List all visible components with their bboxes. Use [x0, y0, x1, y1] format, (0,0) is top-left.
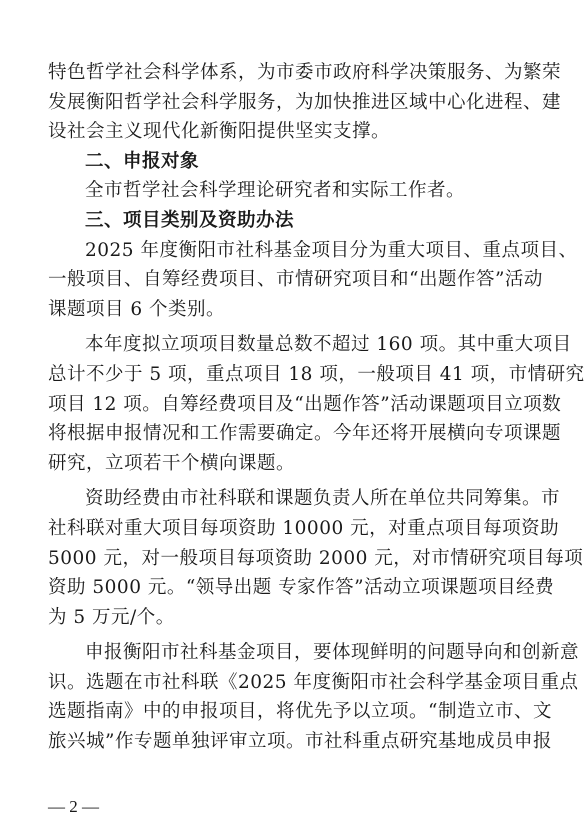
text-line: 项目 12 项。自筹经费项目及“出题作答”活动课题项目立项数 [48, 390, 534, 420]
document-page: 特色哲学社会科学体系，为市委市政府科学决策服务、为繁荣 发展衡阳哲学社会科学服务… [48, 58, 534, 757]
text-line: 2025 年度衡阳市社科基金项目分为重大项目、重点项目、 [48, 236, 534, 266]
text-line: 选题指南》中的申报项目，将优先予以立项。“制造立市、文 [48, 697, 534, 727]
text-line: 设社会主义现代化新衡阳提供坚实支撑。 [48, 117, 534, 147]
text-line: 本年度拟立项项目数量总数不超过 160 项。其中重大项目 [48, 330, 534, 360]
text-line: 社科联对重大项目每项资助 10000 元，对重点项目每项资助 [48, 514, 534, 544]
text-line: 申报衡阳市社科基金项目，要体现鲜明的问题导向和创新意 [48, 638, 534, 668]
text-line: 全市哲学社会科学理论研究者和实际工作者。 [48, 176, 534, 206]
section-heading-categories-funding: 三、项目类别及资助办法 [48, 206, 534, 236]
text-line: 将根据申报情况和工作需要确定。今年还将开展横向专项课题 [48, 419, 534, 449]
text-line: 总计不少于 5 项，重点项目 18 项，一般项目 41 项，市情研究 [48, 360, 534, 390]
text-line: 5000 元，对一般项目每项资助 2000 元，对市情研究项目每项 [48, 544, 534, 574]
text-line: 资助 5000 元。“领导出题 专家作答”活动立项课题项目经费 [48, 573, 534, 603]
text-line: 课题项目 6 个类别。 [48, 295, 534, 325]
text-line: 一般项目、自筹经费项目、市情研究项目和“出题作答”活动 [48, 265, 534, 295]
text-line: 识。选题在市社科联《2025 年度衡阳市社会科学基金项目重点 [48, 668, 534, 698]
text-line: 为 5 万元/个。 [48, 603, 534, 633]
text-line: 旅兴城”作专题单独评审立项。市社科重点研究基地成员申报 [48, 727, 534, 757]
section-heading-applicants: 二、申报对象 [48, 147, 534, 177]
text-line: 特色哲学社会科学体系，为市委市政府科学决策服务、为繁荣 [48, 58, 534, 88]
text-line: 发展衡阳哲学社会科学服务，为加快推进区域中心化进程、建 [48, 88, 534, 118]
page-number: — 2 — [48, 797, 99, 817]
text-line: 研究，立项若干个横向课题。 [48, 449, 534, 479]
text-line: 资助经费由市社科联和课题负责人所在单位共同筹集。市 [48, 484, 534, 514]
